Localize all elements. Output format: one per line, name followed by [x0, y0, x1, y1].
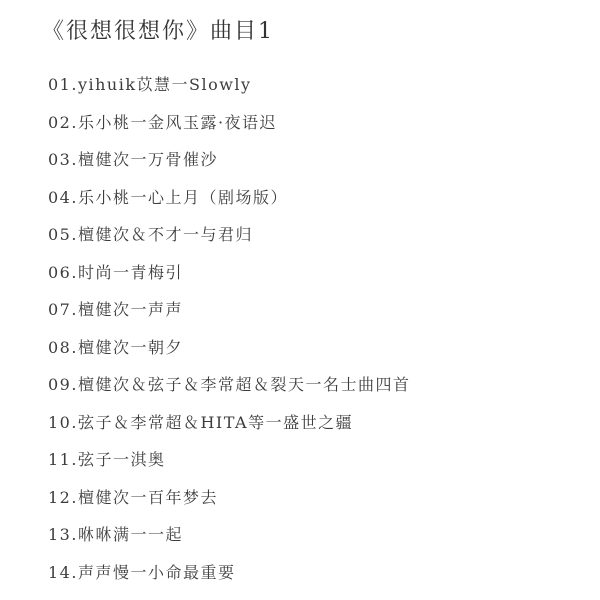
track-item: 14.声声慢一小命最重要	[48, 561, 410, 599]
track-item: 03.檀健次一万骨催沙	[48, 148, 410, 186]
track-item: 04.乐小桃一心上月（剧场版）	[48, 186, 410, 224]
track-item: 06.时尚一青梅引	[48, 261, 410, 299]
page-title: 《很想很想你》曲目1	[42, 14, 274, 45]
track-item: 13.咻咻满一一起	[48, 523, 410, 561]
track-item: 05.檀健次＆不才一与君归	[48, 223, 410, 261]
track-item: 12.檀健次一百年梦去	[48, 486, 410, 524]
track-item: 09.檀健次＆弦子＆李常超＆裂天一名士曲四首	[48, 373, 410, 411]
track-item: 01.yihuik苡慧一Slowly	[48, 73, 410, 111]
track-item: 08.檀健次一朝夕	[48, 336, 410, 374]
track-list: 01.yihuik苡慧一Slowly 02.乐小桃一金风玉露·夜语迟 03.檀健…	[48, 73, 410, 598]
track-item: 02.乐小桃一金风玉露·夜语迟	[48, 111, 410, 149]
track-item: 11.弦子一淇奥	[48, 448, 410, 486]
track-item: 10.弦子＆李常超＆HITA等一盛世之疆	[48, 411, 410, 449]
track-item: 07.檀健次一声声	[48, 298, 410, 336]
